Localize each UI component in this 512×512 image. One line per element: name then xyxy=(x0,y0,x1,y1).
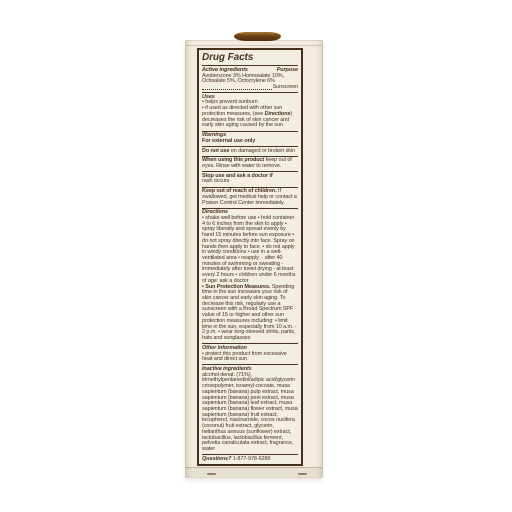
stop-use-section: Stop use and ask a doctor if rash occurs xyxy=(202,174,298,185)
external-use-line: For external use only xyxy=(202,139,298,145)
do-not-use-lead: Do not use xyxy=(202,148,229,154)
directions-section: Directions • shake well before use • hol… xyxy=(202,210,298,342)
product-box: Drug Facts Active ingredients Purpose Av… xyxy=(185,40,323,478)
directions-body: • shake well before use • hold container… xyxy=(202,216,298,285)
box-bottom-flap xyxy=(186,467,322,477)
active-ingredients-section: Active ingredients Purpose Avobenzone 3%… xyxy=(202,68,298,91)
questions-label: Questions? xyxy=(202,456,231,462)
stop-use-text: rash occurs xyxy=(202,179,298,185)
drug-facts-title: Drug Facts xyxy=(202,53,298,63)
keep-out-section: Keep out of reach of children. If swallo… xyxy=(202,189,298,206)
do-not-use-section: Do not use on damaged or broken skin xyxy=(202,149,298,155)
do-not-use-text: on damaged or broken skin xyxy=(229,148,295,154)
other-information-section: Other information • protect this product… xyxy=(202,346,298,363)
box-top-graphic xyxy=(234,32,281,41)
other-information-bullet: • protect this product from excessive he… xyxy=(202,352,298,363)
box-flap-notch-right xyxy=(298,473,307,475)
box-flap-notch-left xyxy=(207,473,216,475)
sun-protection-measures: • Sun Protection Measures. Spending time… xyxy=(202,285,298,342)
questions-line: Questions? 1-877-978-6286 xyxy=(202,457,298,463)
divider xyxy=(202,92,298,93)
product-photo: Drug Facts Active ingredients Purpose Av… xyxy=(0,0,512,512)
leader-dots xyxy=(202,89,272,90)
inactive-ingredients-list: alcohol denat. (71%), trimethylpentanedi… xyxy=(202,373,298,453)
uses-bullet-2: • if used as directed with other sun pro… xyxy=(202,106,298,129)
purpose-value: Sunscreen xyxy=(273,85,298,91)
when-using-section: When using this product keep out of eyes… xyxy=(202,158,298,169)
warnings-section: Warnings For external use only xyxy=(202,133,298,144)
box-top-seam xyxy=(186,45,322,46)
sun-protection-text: Spending time in the sun increases your … xyxy=(202,284,297,341)
drug-facts-panel: Drug Facts Active ingredients Purpose Av… xyxy=(197,48,303,466)
uses-section: Uses • helps prevent sunburn • if used a… xyxy=(202,95,298,129)
questions-phone: 1-877-978-6286 xyxy=(231,456,270,462)
inactive-ingredients-section: Inactive ingredients alcohol denat. (71%… xyxy=(202,367,298,453)
